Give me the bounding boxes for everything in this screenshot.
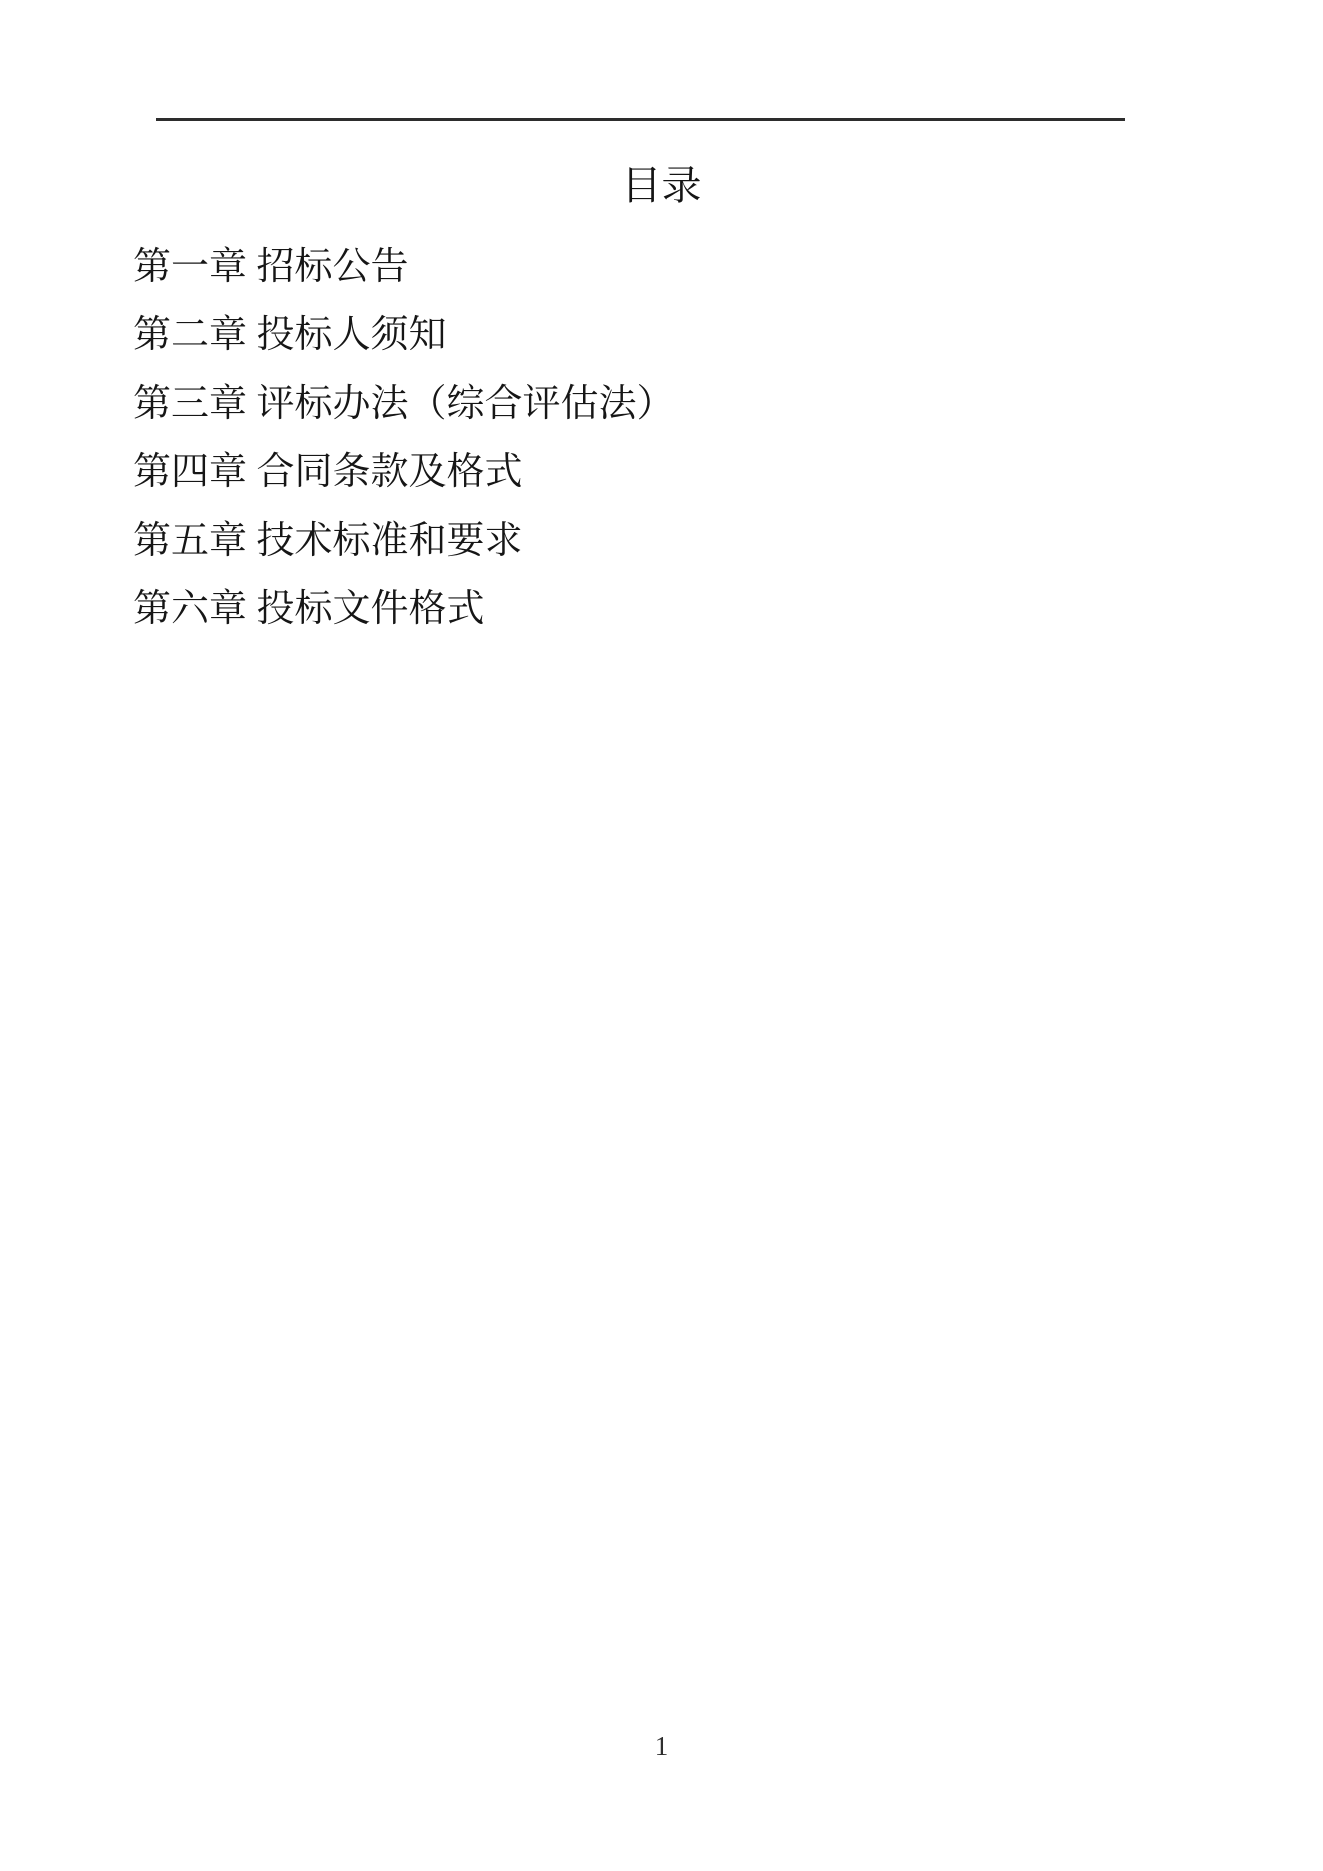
toc-item-chapter-4: 第四章 合同条款及格式 [133,434,1223,503]
table-of-contents: 第一章 招标公告 第二章 投标人须知 第三章 评标办法（综合评估法） 第四章 合… [133,228,1223,639]
header-rule [156,118,1125,121]
toc-item-chapter-5: 第五章 技术标准和要求 [133,502,1223,571]
toc-item-chapter-2: 第二章 投标人须知 [133,297,1223,366]
page-number: 1 [0,1731,1323,1762]
toc-item-chapter-1: 第一章 招标公告 [133,228,1223,297]
toc-item-chapter-6: 第六章 投标文件格式 [133,571,1223,640]
toc-item-chapter-3: 第三章 评标办法（综合评估法） [133,365,1223,434]
page-title: 目录 [0,164,1323,208]
document-page: 目录 第一章 招标公告 第二章 投标人须知 第三章 评标办法（综合评估法） 第四… [0,0,1323,1871]
